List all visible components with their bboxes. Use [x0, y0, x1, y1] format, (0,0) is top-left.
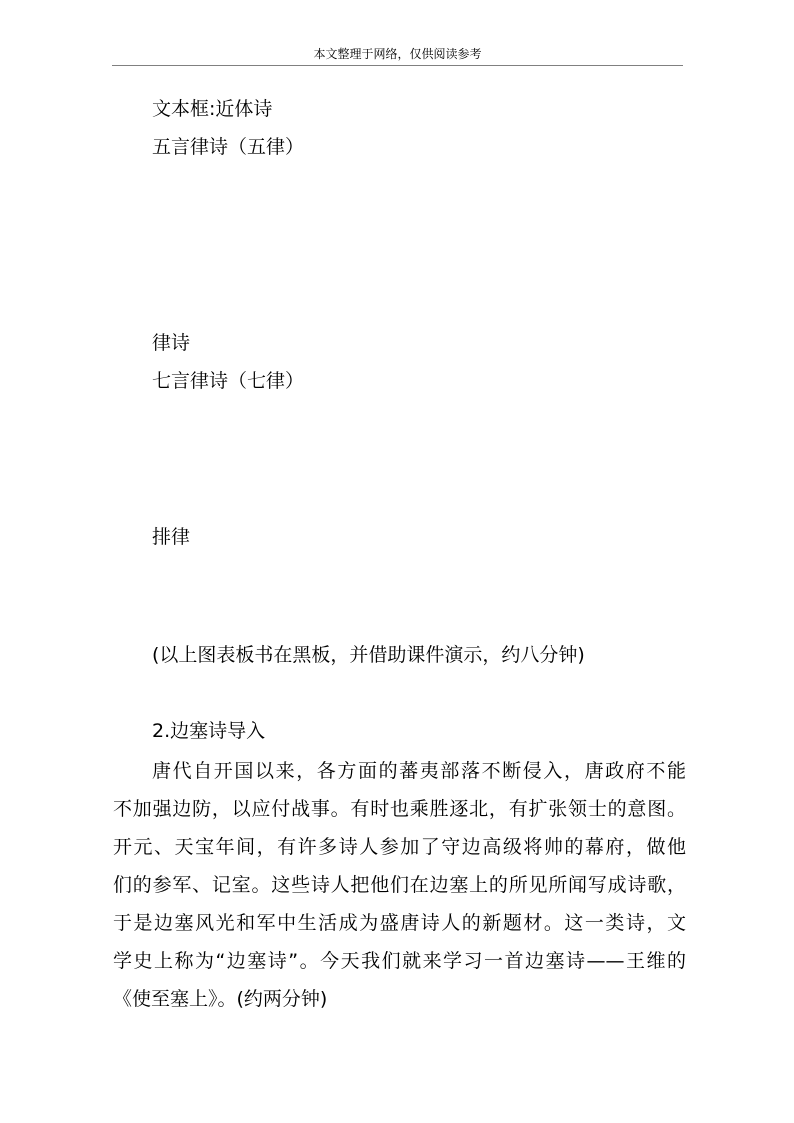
- paragraph-line: 唐代自开国以来，各方面的蕃夷部落不断侵入，唐政府不能: [152, 759, 686, 783]
- blackboard-note: (以上图表板书在黑板，并借助课件演示，约八分钟): [152, 643, 585, 667]
- textbox-label: 文本框:近体诗: [152, 97, 272, 121]
- paragraph-line: 们的参军、记室。这些诗人把他们在边塞上的所见所闻写成诗歌，: [113, 873, 686, 897]
- outline-item-qilv: 七言律诗（七律）: [152, 369, 304, 393]
- paragraph-line: 开元、天宝年间，有许多诗人参加了守边高级将帅的幕府，做他: [113, 835, 686, 859]
- header-text: 本文整理于网络，仅供阅读参考: [313, 47, 481, 61]
- paragraph-line: 《使至塞上》。(约两分钟): [113, 987, 327, 1011]
- outline-item-wulv: 五言律诗（五律）: [152, 135, 304, 159]
- page-header: 本文整理于网络，仅供阅读参考: [112, 46, 683, 66]
- outline-item-pailv: 排律: [152, 525, 190, 549]
- outline-item-lvshi: 律诗: [152, 331, 190, 355]
- paragraph-line: 不加强边防，以应付战事。有时也乘胜逐北，有扩张领士的意图。: [113, 797, 686, 821]
- paragraph-line: 学史上称为“边塞诗”。今天我们就来学习一首边塞诗——王维的: [113, 949, 686, 973]
- section-heading: 2.边塞诗导入: [152, 719, 265, 743]
- paragraph-line: 于是边塞风光和军中生活成为盛唐诗人的新题材。这一类诗，文: [113, 911, 686, 935]
